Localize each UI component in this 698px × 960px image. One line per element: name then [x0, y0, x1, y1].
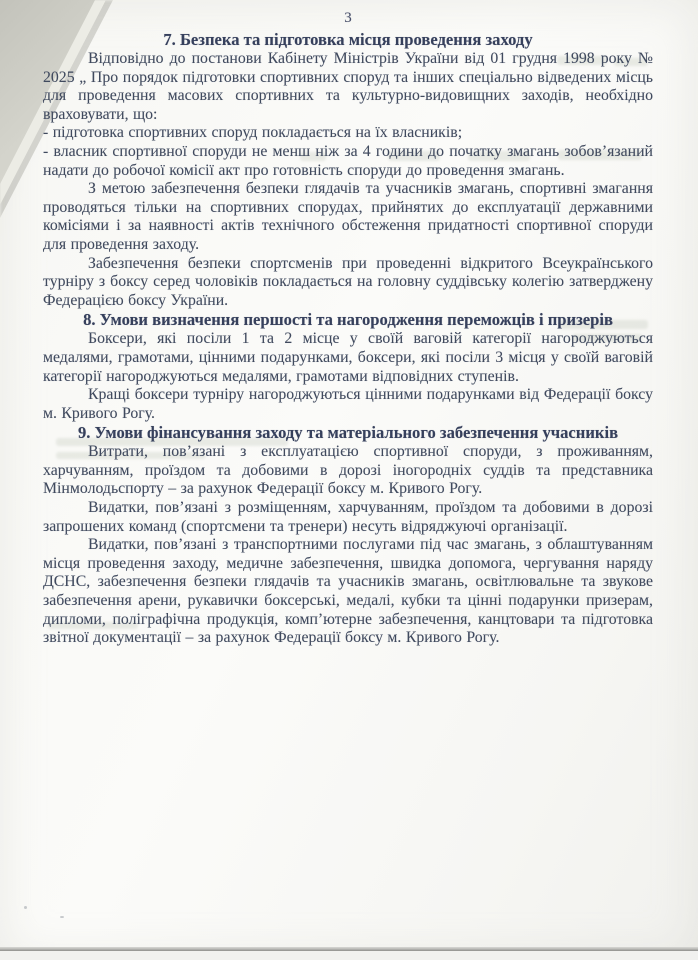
section-awards: 8. Умови визначення першості та нагородж… [43, 310, 653, 423]
section-9-paragraph: Витрати, пов’язані з експлуатацією спорт… [43, 443, 653, 499]
scanned-document-page: 3 7. Безпека та підготовка місця проведе… [0, 0, 698, 960]
section-8-paragraph: Боксери, які посіли 1 та 2 місце у своїй… [43, 330, 653, 386]
section-safety-and-venue: 7. Безпека та підготовка місця проведенн… [43, 30, 653, 310]
section-9-heading: 9. Умови фінансування заходу та матеріал… [43, 423, 653, 443]
section-7-list-item: - власник спортивної споруди не менш ніж… [43, 143, 653, 180]
section-8-paragraph: Кращі боксери турніру нагороджуються цін… [43, 386, 653, 423]
page-number: 3 [43, 10, 653, 30]
section-9-paragraph: Видатки, пов’язані з транспортними послу… [43, 536, 653, 648]
section-8-heading: 8. Умови визначення першості та нагородж… [43, 310, 653, 330]
section-7-intro-paragraph: Відповідно до постанови Кабінету Міністр… [43, 50, 653, 124]
section-9-paragraph: Видатки, пов’язані з розміщенням, харчув… [43, 499, 653, 536]
section-7-paragraph: Забезпечення безпеки спортсменів при про… [43, 255, 653, 311]
page-content: 3 7. Безпека та підготовка місця проведе… [43, 10, 653, 648]
section-financing: 9. Умови фінансування заходу та матеріал… [43, 423, 653, 648]
section-7-heading: 7. Безпека та підготовка місця проведенн… [43, 30, 653, 50]
scan-speckle [60, 916, 64, 918]
scan-speckle [24, 906, 27, 909]
below-paper-strip [0, 951, 698, 960]
section-7-paragraph: З метою забезпечення безпеки глядачів та… [43, 180, 653, 254]
section-7-list-item: - підготовка спортивних споруд покладаєт… [43, 124, 653, 143]
